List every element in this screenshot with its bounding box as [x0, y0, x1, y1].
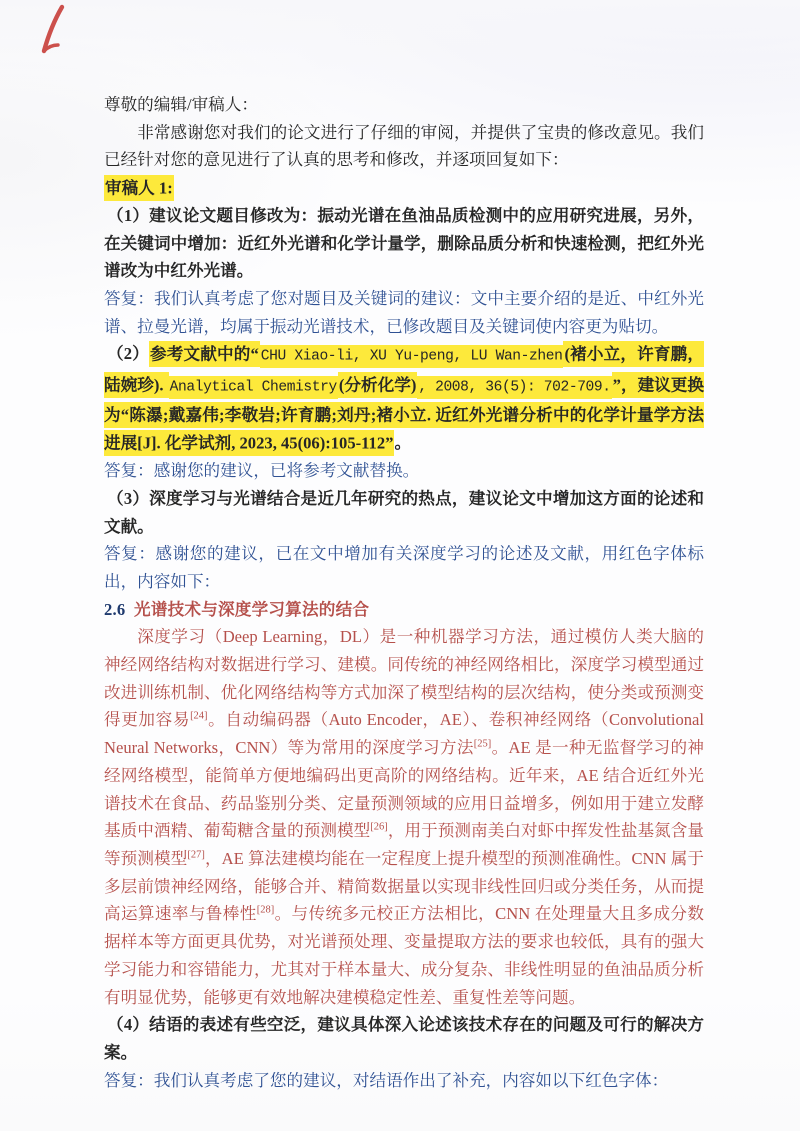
text-run: [28] — [257, 905, 275, 916]
paragraph: 深度学习（Deep Learning，DL）是一种机器学习方法，通过模仿人类大脑… — [104, 623, 704, 1011]
highlighted-text-run: (分析化学) — [338, 372, 418, 398]
paragraph: 答复：感谢您的建议，已在文中增加有关深度学习的论述及文献，用红色字体标出，内容如… — [104, 540, 704, 595]
text-run: [27] — [187, 849, 205, 860]
paragraph: 答复：我们认真考虑了您对题目及关键词的建议：文中主要介绍的是近、中红外光谱、拉曼… — [104, 285, 704, 340]
text-run: 非常感谢您对我们的论文进行了仔细的审阅，并提供了宝贵的修改意见。我们已经针对您的… — [104, 123, 704, 170]
paragraph: 答复：我们认真考虑了您的建议，对结语作出了补充，内容如以下红色字体： — [104, 1067, 704, 1095]
paragraph: （4）结语的表述有些空泛，建议具体深入论述该技术存在的问题及可行的解决方案。 — [104, 1011, 704, 1066]
paragraph: 审稿人 1: — [104, 174, 704, 202]
highlighted-text-run: 审稿人 1: — [104, 175, 174, 201]
text-run: （1）建议论文题目修改为：振动光谱在鱼油品质检测中的应用研究进展，另外，在关键词… — [104, 206, 704, 280]
text-run: [24] — [190, 711, 208, 722]
red-pen-stroke-icon — [21, 3, 67, 61]
text-run: 答复：我们认真考虑了您的建议，对结语作出了补充，内容如以下红色字体： — [104, 1071, 668, 1090]
text-run: 答复：感谢您的建议，已在文中增加有关深度学习的论述及文献，用红色字体标出，内容如… — [104, 544, 704, 591]
highlighted-text-run: 参考文献中的“ — [149, 341, 260, 367]
paragraph: （3）深度学习与光谱结合是近几年研究的热点，建议论文中增加这方面的论述和文献。 — [104, 485, 704, 540]
text-run: （4）结语的表述有些空泛，建议具体深入论述该技术存在的问题及可行的解决方案。 — [104, 1015, 704, 1062]
text-run: [26] — [370, 822, 388, 833]
text-run: 答复：感谢您的建议，已将参考文献替换。 — [104, 461, 419, 480]
text-run: （2） — [107, 344, 149, 363]
paragraph: 非常感谢您对我们的论文进行了仔细的审阅，并提供了宝贵的修改意见。我们已经针对您的… — [104, 119, 704, 174]
text-run: [25] — [474, 739, 492, 750]
highlighted-text-run: , 2008, 36(5): 702-709. — [417, 376, 611, 399]
paragraph: 尊敬的编辑/审稿人： — [104, 91, 704, 119]
paragraph: 2.6 光谱技术与深度学习算法的结合 — [104, 596, 704, 624]
text-run: 光谱技术与深度学习算法的结合 — [125, 600, 369, 619]
text-run: （3）深度学习与光谱结合是近几年研究的热点，建议论文中增加这方面的论述和文献。 — [104, 489, 704, 536]
paragraph: （2）参考文献中的“CHU Xiao-li, XU Yu-peng, LU Wa… — [104, 340, 704, 457]
text-run: 尊敬的编辑/审稿人： — [104, 95, 258, 114]
text-run: 答复：我们认真考虑了您对题目及关键词的建议：文中主要介绍的是近、中红外光谱、拉曼… — [104, 289, 704, 336]
text-run: 。 — [394, 433, 411, 452]
highlighted-text-run: Analytical Chemistry — [169, 376, 338, 399]
highlighted-text-run: CHU Xiao-li, XU Yu-peng, LU Wan-zhen — [260, 345, 564, 368]
text-run: 2.6 — [104, 600, 125, 619]
scanned-page: 尊敬的编辑/审稿人：非常感谢您对我们的论文进行了仔细的审阅，并提供了宝贵的修改意… — [0, 0, 800, 1131]
paragraph: （1）建议论文题目修改为：振动光谱在鱼油品质检测中的应用研究进展，另外，在关键词… — [104, 202, 704, 285]
document-body: 尊敬的编辑/审稿人：非常感谢您对我们的论文进行了仔细的审阅，并提供了宝贵的修改意… — [104, 91, 704, 1094]
paragraph: 答复：感谢您的建议，已将参考文献替换。 — [104, 457, 704, 485]
